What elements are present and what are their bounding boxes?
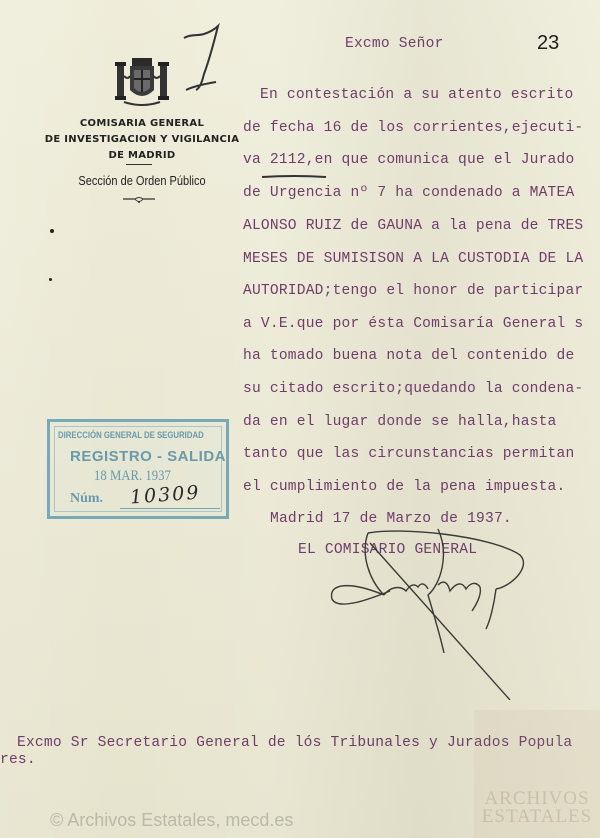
- stamp-register-type: REGISTRO - SALIDA: [70, 448, 226, 465]
- registry-stamp: DIRECCIÓN GENERAL DE SEGURIDAD REGISTRO …: [47, 419, 229, 519]
- letterhead-section: Sección de Orden Público: [17, 174, 267, 188]
- stamp-agency: DIRECCIÓN GENERAL DE SEGURIDAD: [58, 430, 204, 441]
- stamp-date: 18 MAR. 1937: [94, 468, 171, 485]
- paper-spot: [49, 278, 52, 281]
- handwritten-underline: [261, 175, 327, 179]
- body-line: ALONSO RUIZ de GAUNA a la pena de TRES: [243, 218, 583, 234]
- body-line: tanto que las circunstancias permitan: [243, 446, 574, 462]
- body-line: ha tomado buena nota del contenido de: [243, 348, 574, 364]
- letterhead-line-1: COMISARIA GENERAL: [0, 118, 284, 129]
- stamp-number-underline: [120, 508, 220, 509]
- page-number: 23: [537, 32, 559, 55]
- letterhead-line-2: DE INVESTIGACION Y VIGILANCIA: [0, 134, 284, 145]
- coat-of-arms-icon: [112, 56, 172, 108]
- body-line: su citado escrito;quedando la condena-: [243, 381, 583, 397]
- body-line: da en el lugar donde se halla,hasta: [243, 414, 557, 430]
- addressee-line-2: res.: [0, 752, 36, 768]
- body-line: el cumplimiento de la pena impuesta.: [243, 479, 565, 495]
- body-line: AUTORIDAD;tengo el honor de participar: [243, 283, 583, 299]
- body-line: a V.E.que por ésta Comisaría General s: [243, 316, 583, 332]
- body-line: En contestación a su atento escrito: [260, 87, 574, 103]
- watermark-logo-line-2: ESTATALES: [478, 806, 596, 828]
- body-line: va 2112,en que comunica que el Jurado: [243, 152, 574, 168]
- body-line: de Urgencia nº 7 ha condenado a MATEA: [243, 185, 574, 201]
- signature: [310, 525, 540, 700]
- body-line: de fecha 16 de los corrientes,ejecuti-: [243, 120, 583, 136]
- copyright-watermark: © Archivos Estatales, mecd.es: [50, 810, 293, 831]
- stamp-number-label: Núm.: [70, 491, 103, 507]
- letterhead-divider: [126, 164, 152, 165]
- paper-spot: [50, 229, 54, 233]
- salutation: Excmo Señor: [345, 36, 444, 52]
- handwritten-folio-number: [180, 22, 224, 94]
- body-line: MESES DE SUMISISON A LA CUSTODIA DE LA: [243, 251, 583, 267]
- ornament-icon: [122, 196, 156, 204]
- letterhead-line-3: DE MADRID: [0, 150, 284, 161]
